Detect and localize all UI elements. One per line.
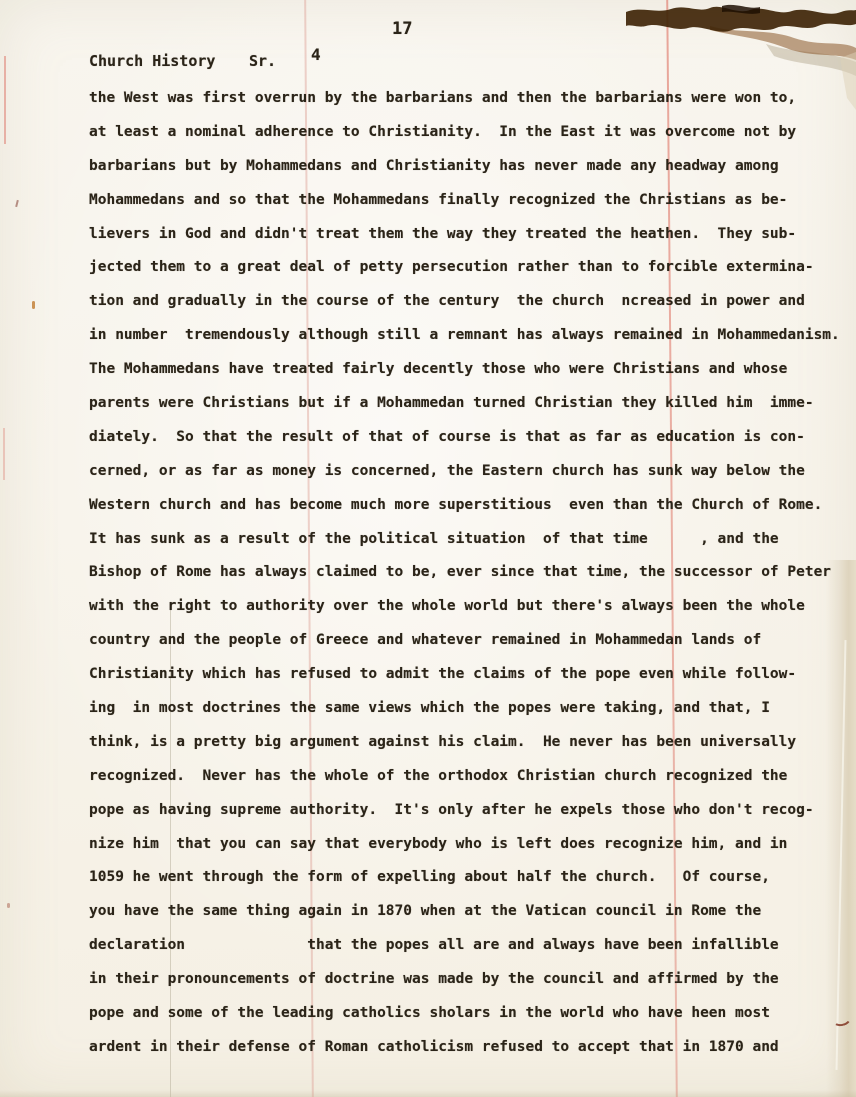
header-course-title: Church History <box>89 52 215 70</box>
typed-line: in number tremendously although still a … <box>89 319 840 353</box>
typed-line: think, is a pretty big argument against … <box>89 726 840 760</box>
edge-red-dash <box>3 428 5 480</box>
typed-line: diately. So that the result of that of c… <box>89 421 840 455</box>
ink-speck <box>7 903 10 908</box>
typed-line: tion and gradually in the course of the … <box>89 285 840 319</box>
header-hour-number: 4 <box>311 45 321 64</box>
typed-line: Bishop of Rome has always claimed to be,… <box>89 556 840 590</box>
typed-line: at least a nominal adherence to Christia… <box>89 116 840 150</box>
bottom-edge-shadow <box>0 1090 856 1097</box>
typed-line: jected them to a great deal of petty per… <box>89 251 840 285</box>
typed-line: the West was first overrun by the barbar… <box>89 82 840 116</box>
typed-line: pope and some of the leading catholics s… <box>89 997 840 1031</box>
header-session-label: Sr. <box>249 52 276 70</box>
page-number: 17 <box>392 19 412 39</box>
typed-line: ardent in their defense of Roman catholi… <box>89 1031 840 1065</box>
typed-line: parents were Christians but if a Mohamme… <box>89 387 840 421</box>
typed-line: country and the people of Greece and wha… <box>89 624 840 658</box>
scanned-typescript-page: 17 Church History Sr. 4 the West was fir… <box>0 0 856 1097</box>
edge-red-dash <box>4 56 6 144</box>
typed-line: Mohammedans and so that the Mohammedans … <box>89 184 840 218</box>
typed-line: 1059 he went through the form of expelli… <box>89 861 840 895</box>
typed-line: cerned, or as far as money is concerned,… <box>89 455 840 489</box>
typed-line: nize him that you can say that everybody… <box>89 828 840 862</box>
typed-body: the West was first overrun by the barbar… <box>89 82 840 1065</box>
typed-line: pope as having supreme authority. It's o… <box>89 794 840 828</box>
ink-speck <box>15 200 19 207</box>
typed-line: Christianity which has refused to admit … <box>89 658 840 692</box>
typed-line: The Mohammedans have treated fairly dece… <box>89 353 840 387</box>
typed-line: recognized. Never has the whole of the o… <box>89 760 840 794</box>
typed-line: barbarians but by Mohammedans and Christ… <box>89 150 840 184</box>
typed-line: you have the same thing again in 1870 wh… <box>89 895 840 929</box>
typed-line: declaration that the popes all are and a… <box>89 929 840 963</box>
typed-line: with the right to authority over the who… <box>89 590 840 624</box>
typed-line: ing in most doctrines the same views whi… <box>89 692 840 726</box>
typed-line: in their pronouncements of doctrine was … <box>89 963 840 997</box>
typed-line: Western church and has become much more … <box>89 489 840 523</box>
ink-speck <box>32 301 35 309</box>
typed-line: lievers in God and didn't treat them the… <box>89 218 840 252</box>
typed-line: It has sunk as a result of the political… <box>89 523 840 557</box>
